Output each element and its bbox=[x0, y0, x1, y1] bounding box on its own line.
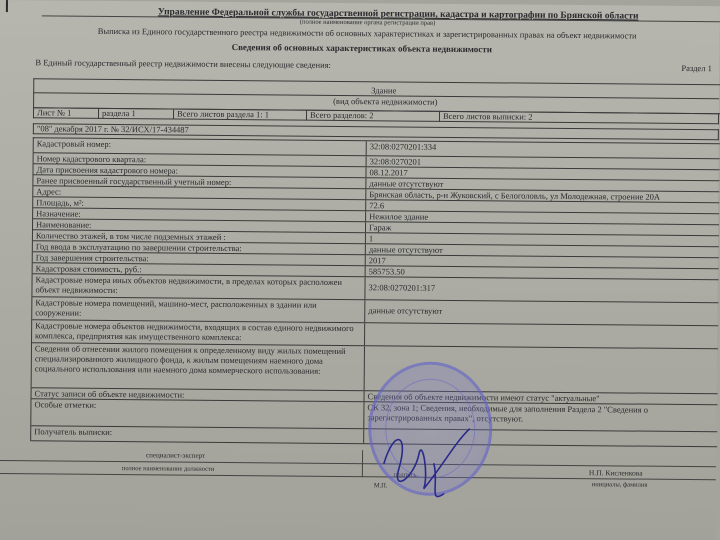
signer-name-caption: инициалы, фамилия bbox=[592, 481, 648, 488]
row-label: Особые отметки: bbox=[31, 399, 364, 428]
signer-position: специалист-эксперт bbox=[146, 451, 205, 460]
row-label: Кадастровые номера помещений, машино-мес… bbox=[32, 297, 365, 322]
row-value: данные отсутствуют bbox=[365, 300, 718, 325]
row-label: Кадастровые номера иных объектов недвижи… bbox=[32, 274, 365, 299]
handwritten-signature-icon bbox=[374, 423, 485, 504]
sheet-section: раздела 1 bbox=[98, 108, 173, 119]
row-label: Сведения об отнесении жилого помещения к… bbox=[32, 343, 365, 390]
intro-text: В Единый государственный реестр недвижим… bbox=[35, 57, 331, 70]
total-sections: Всего разделов: 2 bbox=[306, 110, 439, 121]
table-row: Сведения об отнесении жилого помещения к… bbox=[32, 343, 718, 394]
signature-divider bbox=[362, 450, 363, 477]
object-type: Здание bbox=[371, 85, 396, 95]
section-label: Раздел 1 bbox=[681, 63, 712, 73]
row-label: Кадастровый номер: bbox=[34, 138, 367, 155]
total-sheets-extract: Всего листов выписки: 2 bbox=[439, 111, 718, 123]
row-value: 32:08:0270201:317 bbox=[365, 277, 718, 302]
total-sheets-section: Всего листов раздела 1: 1 bbox=[173, 109, 306, 120]
row-value bbox=[365, 323, 718, 348]
row-label: Получатель выписки: bbox=[31, 426, 364, 443]
signer-position-caption: полное наименование должности bbox=[122, 465, 214, 473]
signer-name: Н.П. Кисленкова bbox=[589, 468, 643, 477]
edge-mark bbox=[6, 0, 8, 12]
document-page: Управление Федеральной службы государств… bbox=[0, 0, 720, 540]
row-label: Кадастровые номера объектов недвижимости… bbox=[32, 320, 365, 345]
signature-line-top bbox=[0, 460, 716, 467]
section-title: Сведения об основных характеристиках объ… bbox=[232, 42, 492, 54]
object-type-caption: (вид объекта недвижимости) bbox=[333, 96, 437, 107]
extract-title: Выписка из Единого государственного реес… bbox=[98, 26, 637, 41]
organization-caption: (полное наименование органа регистрации … bbox=[300, 19, 436, 27]
sheet-number: Лист № 1 bbox=[33, 108, 98, 119]
